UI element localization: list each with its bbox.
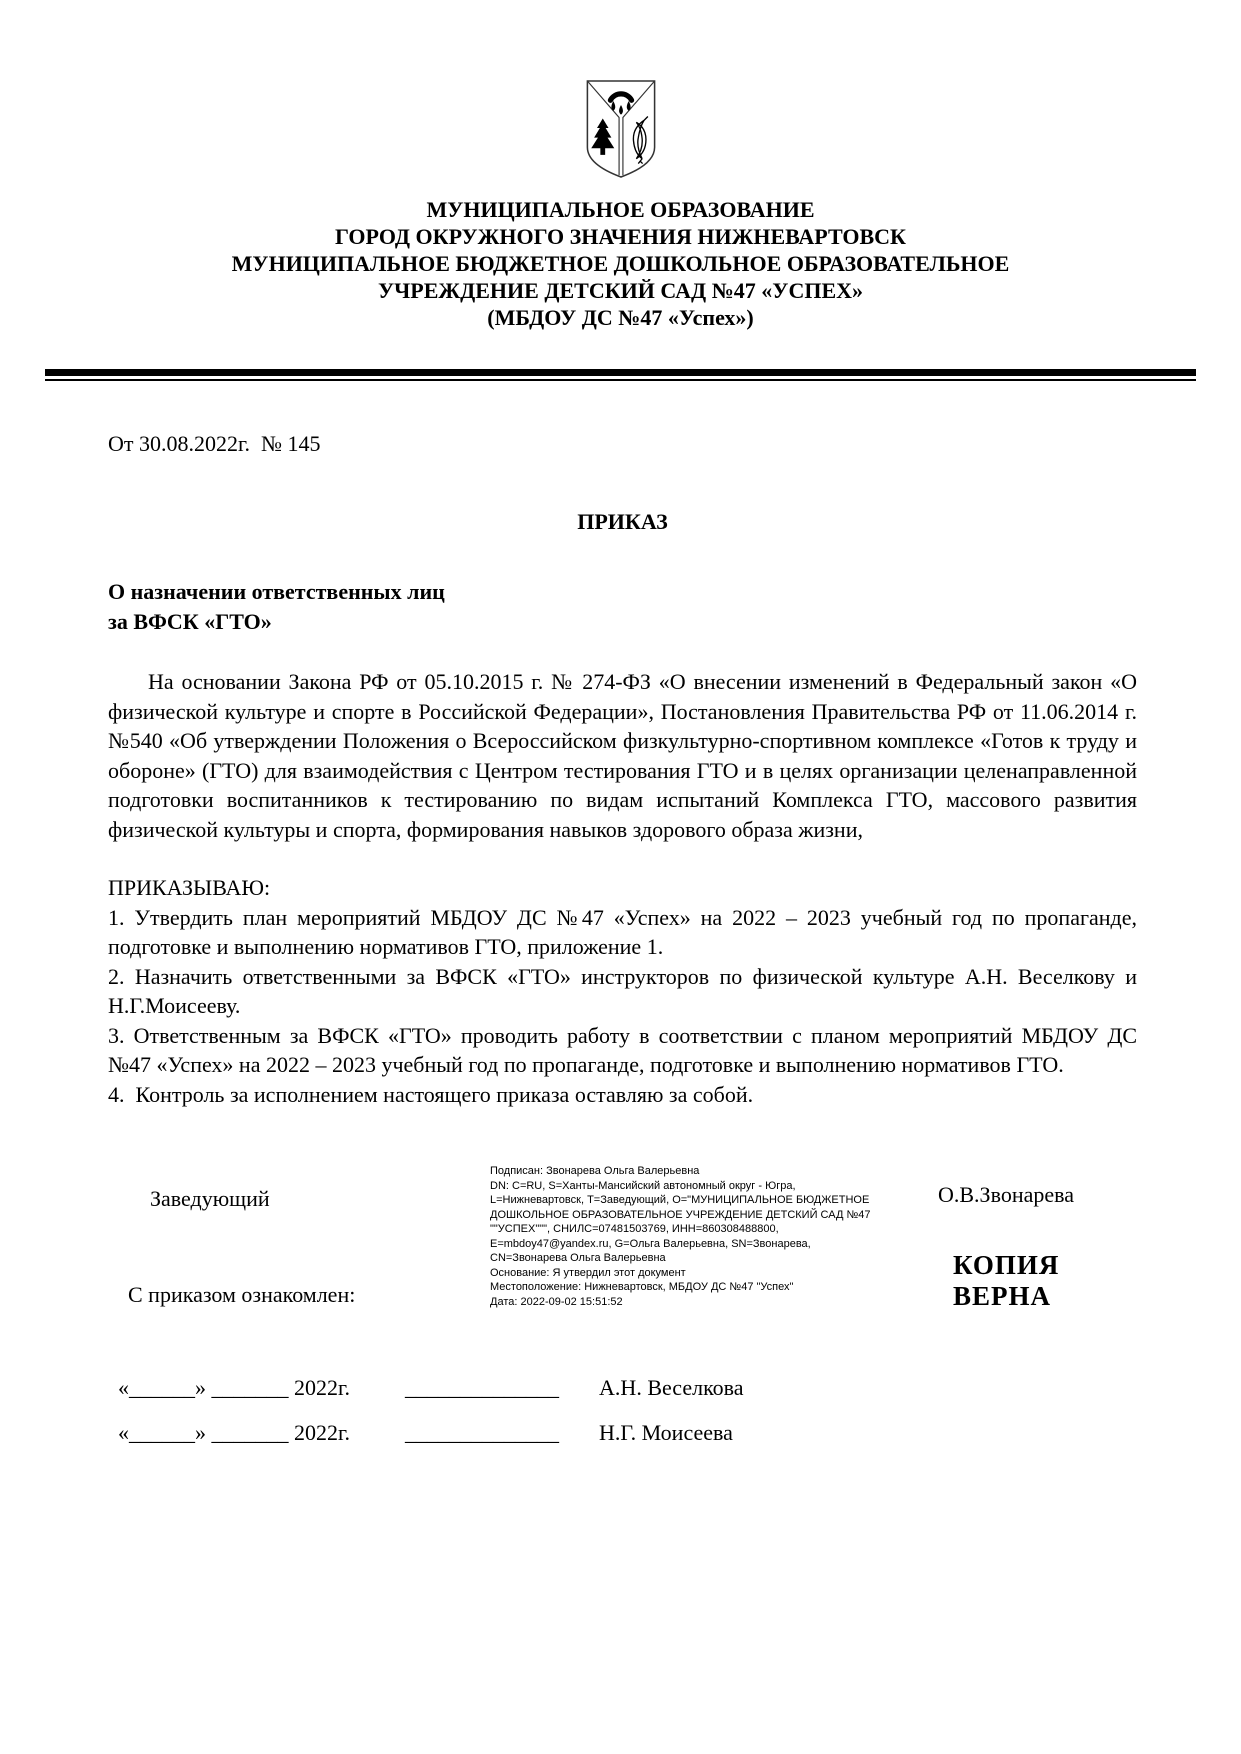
stamp-line: L=Нижневартовск, T=Заведующий, O="МУНИЦИ… (490, 1193, 890, 1208)
crest-container (0, 78, 1241, 182)
signer-position-label: Заведующий (150, 1186, 270, 1212)
acknowledgment-label: С приказом ознакомлен: (128, 1282, 355, 1308)
document-title: ПРИКАЗ (108, 509, 1137, 535)
date-number-line: От 30.08.2022г. № 145 (108, 431, 1137, 457)
org-header-line: УЧРЕЖДЕНИЕ ДЕТСКИЙ САД №47 «УСПЕХ» (0, 277, 1241, 304)
org-header-line: МУНИЦИПАЛЬНОЕ БЮДЖЕТНОЕ ДОШКОЛЬНОЕ ОБРАЗ… (0, 250, 1241, 277)
document-subject: О назначении ответственных лиц за ВФСК «… (108, 577, 1137, 637)
org-header-line: ГОРОД ОКРУЖНОГО ЗНАЧЕНИЯ НИЖНЕВАРТОВСК (0, 223, 1241, 250)
order-heading: ПРИКАЗЫВАЮ: (108, 873, 1137, 903)
stamp-line: Местоположение: Нижневартовск, МБДОУ ДС … (490, 1280, 890, 1295)
order-item-2: 2. Назначить ответственными за ВФСК «ГТО… (108, 962, 1137, 1021)
digital-signature-stamp: Подписан: Звонарева Ольга Валерьевна DN:… (490, 1164, 890, 1309)
order-item-3: 3. Ответственным за ВФСК «ГТО» проводить… (108, 1021, 1137, 1080)
acknowledgment-row: «______» _______ 2022г.______________Н.Г… (118, 1420, 1137, 1446)
ack-person-name: Н.Г. Моисеева (599, 1420, 733, 1445)
stamp-line: Основание: Я утвердил этот документ (490, 1266, 890, 1281)
signature-block: Заведующий Подписан: Звонарева Ольга Вал… (108, 1164, 1137, 1349)
stamp-line: DN: C=RU, S=Ханты-Мансийский автономный … (490, 1179, 890, 1194)
stamp-line: Дата: 2022-09-02 15:51:52 (490, 1295, 890, 1310)
order-item-4: 4. Контроль за исполнением настоящего пр… (108, 1080, 1137, 1110)
separator-thick-line (45, 369, 1196, 376)
order-item-1: 1. Утвердить план мероприятий МБДОУ ДС №… (108, 903, 1137, 962)
stamp-line: ДОШКОЛЬНОЕ ОБРАЗОВАТЕЛЬНОЕ УЧРЕЖДЕНИЕ ДЕ… (490, 1208, 890, 1223)
coat-of-arms-nizhnevartovsk-icon (573, 78, 669, 180)
ack-date-blank: «______» _______ 2022г. (118, 1375, 350, 1400)
stamp-line: Подписан: Звонарева Ольга Валерьевна (490, 1164, 890, 1179)
stamp-line: ""УСПЕХ""", СНИЛС=07481503769, ИНН=86030… (490, 1222, 890, 1237)
acknowledgment-row: «______» _______ 2022г.______________А.Н… (118, 1375, 1137, 1401)
org-header-line: МУНИЦИПАЛЬНОЕ ОБРАЗОВАНИЕ (0, 196, 1241, 223)
stamp-line: E=mbdoy47@yandex.ru, G=Ольга Валерьевна,… (490, 1237, 890, 1252)
ack-person-name: А.Н. Веселкова (599, 1375, 743, 1400)
ack-date-blank: «______» _______ 2022г. (118, 1420, 350, 1445)
document-body: От 30.08.2022г. № 145 ПРИКАЗ О назначени… (108, 431, 1137, 1446)
signer-name: О.В.Звонарева (938, 1182, 1074, 1208)
ack-signature-blank: ______________ (405, 1375, 559, 1400)
acknowledgment-rows: «______» _______ 2022г.______________А.Н… (108, 1375, 1137, 1446)
org-header: МУНИЦИПАЛЬНОЕ ОБРАЗОВАНИЕ ГОРОД ОКРУЖНОГ… (0, 196, 1241, 331)
subject-line-1: О назначении ответственных лиц (108, 577, 1137, 607)
subject-line-2: за ВФСК «ГТО» (108, 607, 1137, 637)
ack-signature-blank: ______________ (405, 1420, 559, 1445)
header-separator (45, 369, 1196, 381)
stamp-line: CN=Звонарева Ольга Валерьевна (490, 1251, 890, 1266)
order-document-page: МУНИЦИПАЛЬНОЕ ОБРАЗОВАНИЕ ГОРОД ОКРУЖНОГ… (0, 0, 1241, 1754)
separator-thin-line (45, 379, 1196, 381)
org-header-line: (МБДОУ ДС №47 «Успех») (0, 304, 1241, 331)
copy-verified-stamp: КОПИЯ ВЕРНА (953, 1250, 1137, 1312)
preamble-paragraph: На основании Закона РФ от 05.10.2015 г. … (108, 667, 1137, 844)
